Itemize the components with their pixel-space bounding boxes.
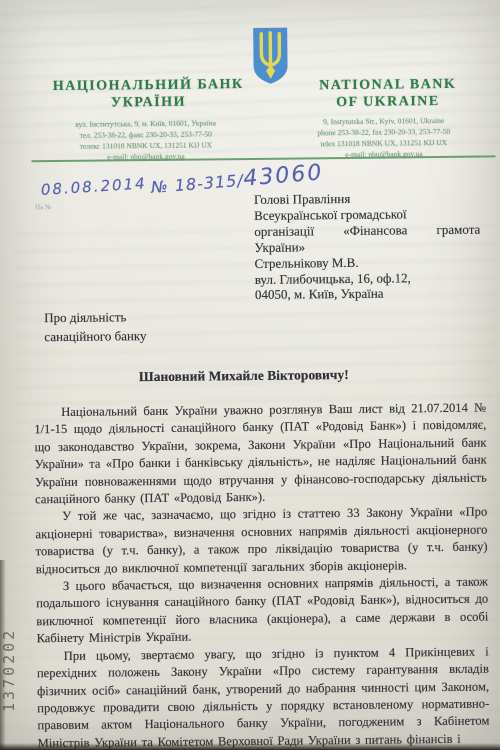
org-name-en-line1: NATIONAL BANK xyxy=(293,76,483,95)
photo-edge-bottom xyxy=(0,743,500,750)
reply-to-number-label: На № xyxy=(35,203,52,211)
body-paragraph-4: При цьому, звертаємо увагу, що згідно із… xyxy=(37,643,490,750)
salutation: Шановний Михайле Вікторовичу! xyxy=(34,366,454,386)
subject-block: Про діяльність санаційного банку xyxy=(44,307,194,347)
ukraine-trident-emblem-icon xyxy=(251,27,290,85)
handwritten-date: 08.08.2014 xyxy=(40,174,147,199)
org-name-uk-line2: УКРАЇНИ xyxy=(46,93,251,112)
subject-line2: санаційного банку xyxy=(44,326,194,347)
letter-content: НАЦІОНАЛЬНИЙ БАНК УКРАЇНИ NATIONAL BANK … xyxy=(0,0,500,750)
recipient-block: Голові Правління Всеукраїнської громадсь… xyxy=(254,190,481,304)
org-name-en-line2: OF UKRAINE xyxy=(293,93,483,112)
recipient-line: 04050, м. Київ, Україна xyxy=(255,285,481,303)
org-name-ukrainian: НАЦІОНАЛЬНИЙ БАНК УКРАЇНИ xyxy=(46,76,251,112)
body-paragraph-1: Національний банк України уважно розглян… xyxy=(34,400,487,509)
address-english: 9, Instytutska Str., Kyiv, 01601, Ukrain… xyxy=(276,114,491,160)
address-ukrainian: вул. Інститутська, 9, м. Київ, 01601, Ук… xyxy=(33,117,258,163)
body-paragraph-3: З цього вбачається, що визначення основн… xyxy=(36,574,489,648)
letter-body: Національний банк України уважно розглян… xyxy=(34,400,490,750)
document-photo: НАЦІОНАЛЬНИЙ БАНК УКРАЇНИ NATIONAL BANK … xyxy=(0,0,500,750)
body-paragraph-2: У той же час, зазначаємо, що згідно із с… xyxy=(35,504,488,578)
recipient-line: організації «Фінансова грамота xyxy=(254,221,480,239)
outgoing-number-prefix: № 18-315/ xyxy=(150,171,244,197)
photo-edge-left xyxy=(0,560,6,750)
org-name-uk-line1: НАЦІОНАЛЬНИЙ БАНК xyxy=(46,76,251,95)
outgoing-number-suffix: 43060 xyxy=(243,160,325,191)
letter-paper: НАЦІОНАЛЬНИЙ БАНК УКРАЇНИ NATIONAL BANK … xyxy=(0,0,500,750)
subject-line1: Про діяльність xyxy=(44,307,194,328)
org-name-english: NATIONAL BANK OF UKRAINE xyxy=(293,76,483,112)
